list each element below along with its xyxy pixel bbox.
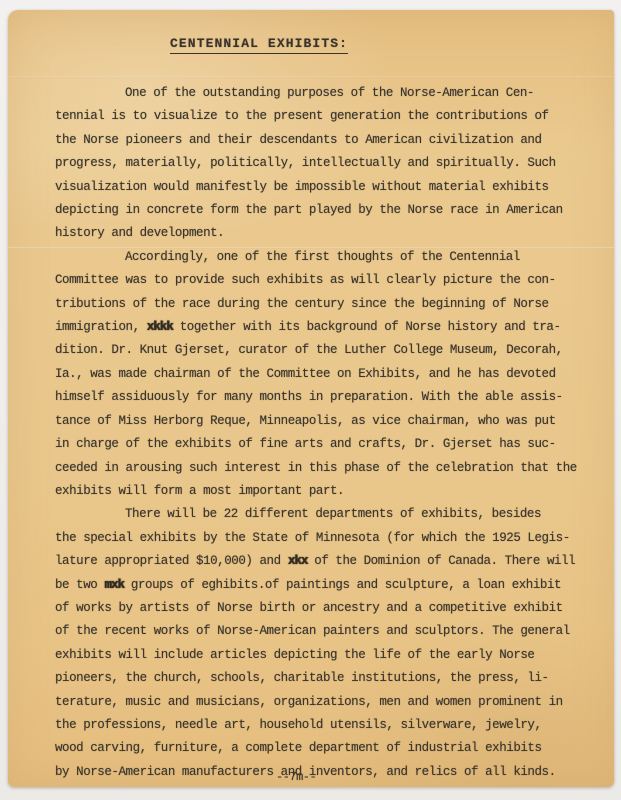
footer-page-number: --7m-- <box>276 770 316 784</box>
struck-out-text: mxk <box>104 578 124 592</box>
paragraph-text: groups of eghibits.of paintings and scul… <box>55 578 570 779</box>
page-title: CENTENNIAL EXHIBITS: <box>170 36 348 54</box>
struck-out-text: xkx <box>288 554 308 568</box>
paragraph-3: There will be 22 different departments o… <box>55 503 583 784</box>
paragraph-text: One of the outstanding purposes of the N… <box>55 86 563 240</box>
scanned-document: CENTENNIAL EXHIBITS: One of the outstand… <box>0 0 621 800</box>
paragraph-2: Accordingly, one of the first thoughts o… <box>55 246 583 503</box>
struck-out-text: xkkk <box>147 320 173 334</box>
paragraph-text: together with its background of Norse hi… <box>55 320 577 498</box>
document-body: One of the outstanding purposes of the N… <box>55 82 583 784</box>
paper-crease <box>8 76 614 78</box>
document-page: CENTENNIAL EXHIBITS: One of the outstand… <box>8 10 614 787</box>
paragraph-1: One of the outstanding purposes of the N… <box>55 82 583 246</box>
